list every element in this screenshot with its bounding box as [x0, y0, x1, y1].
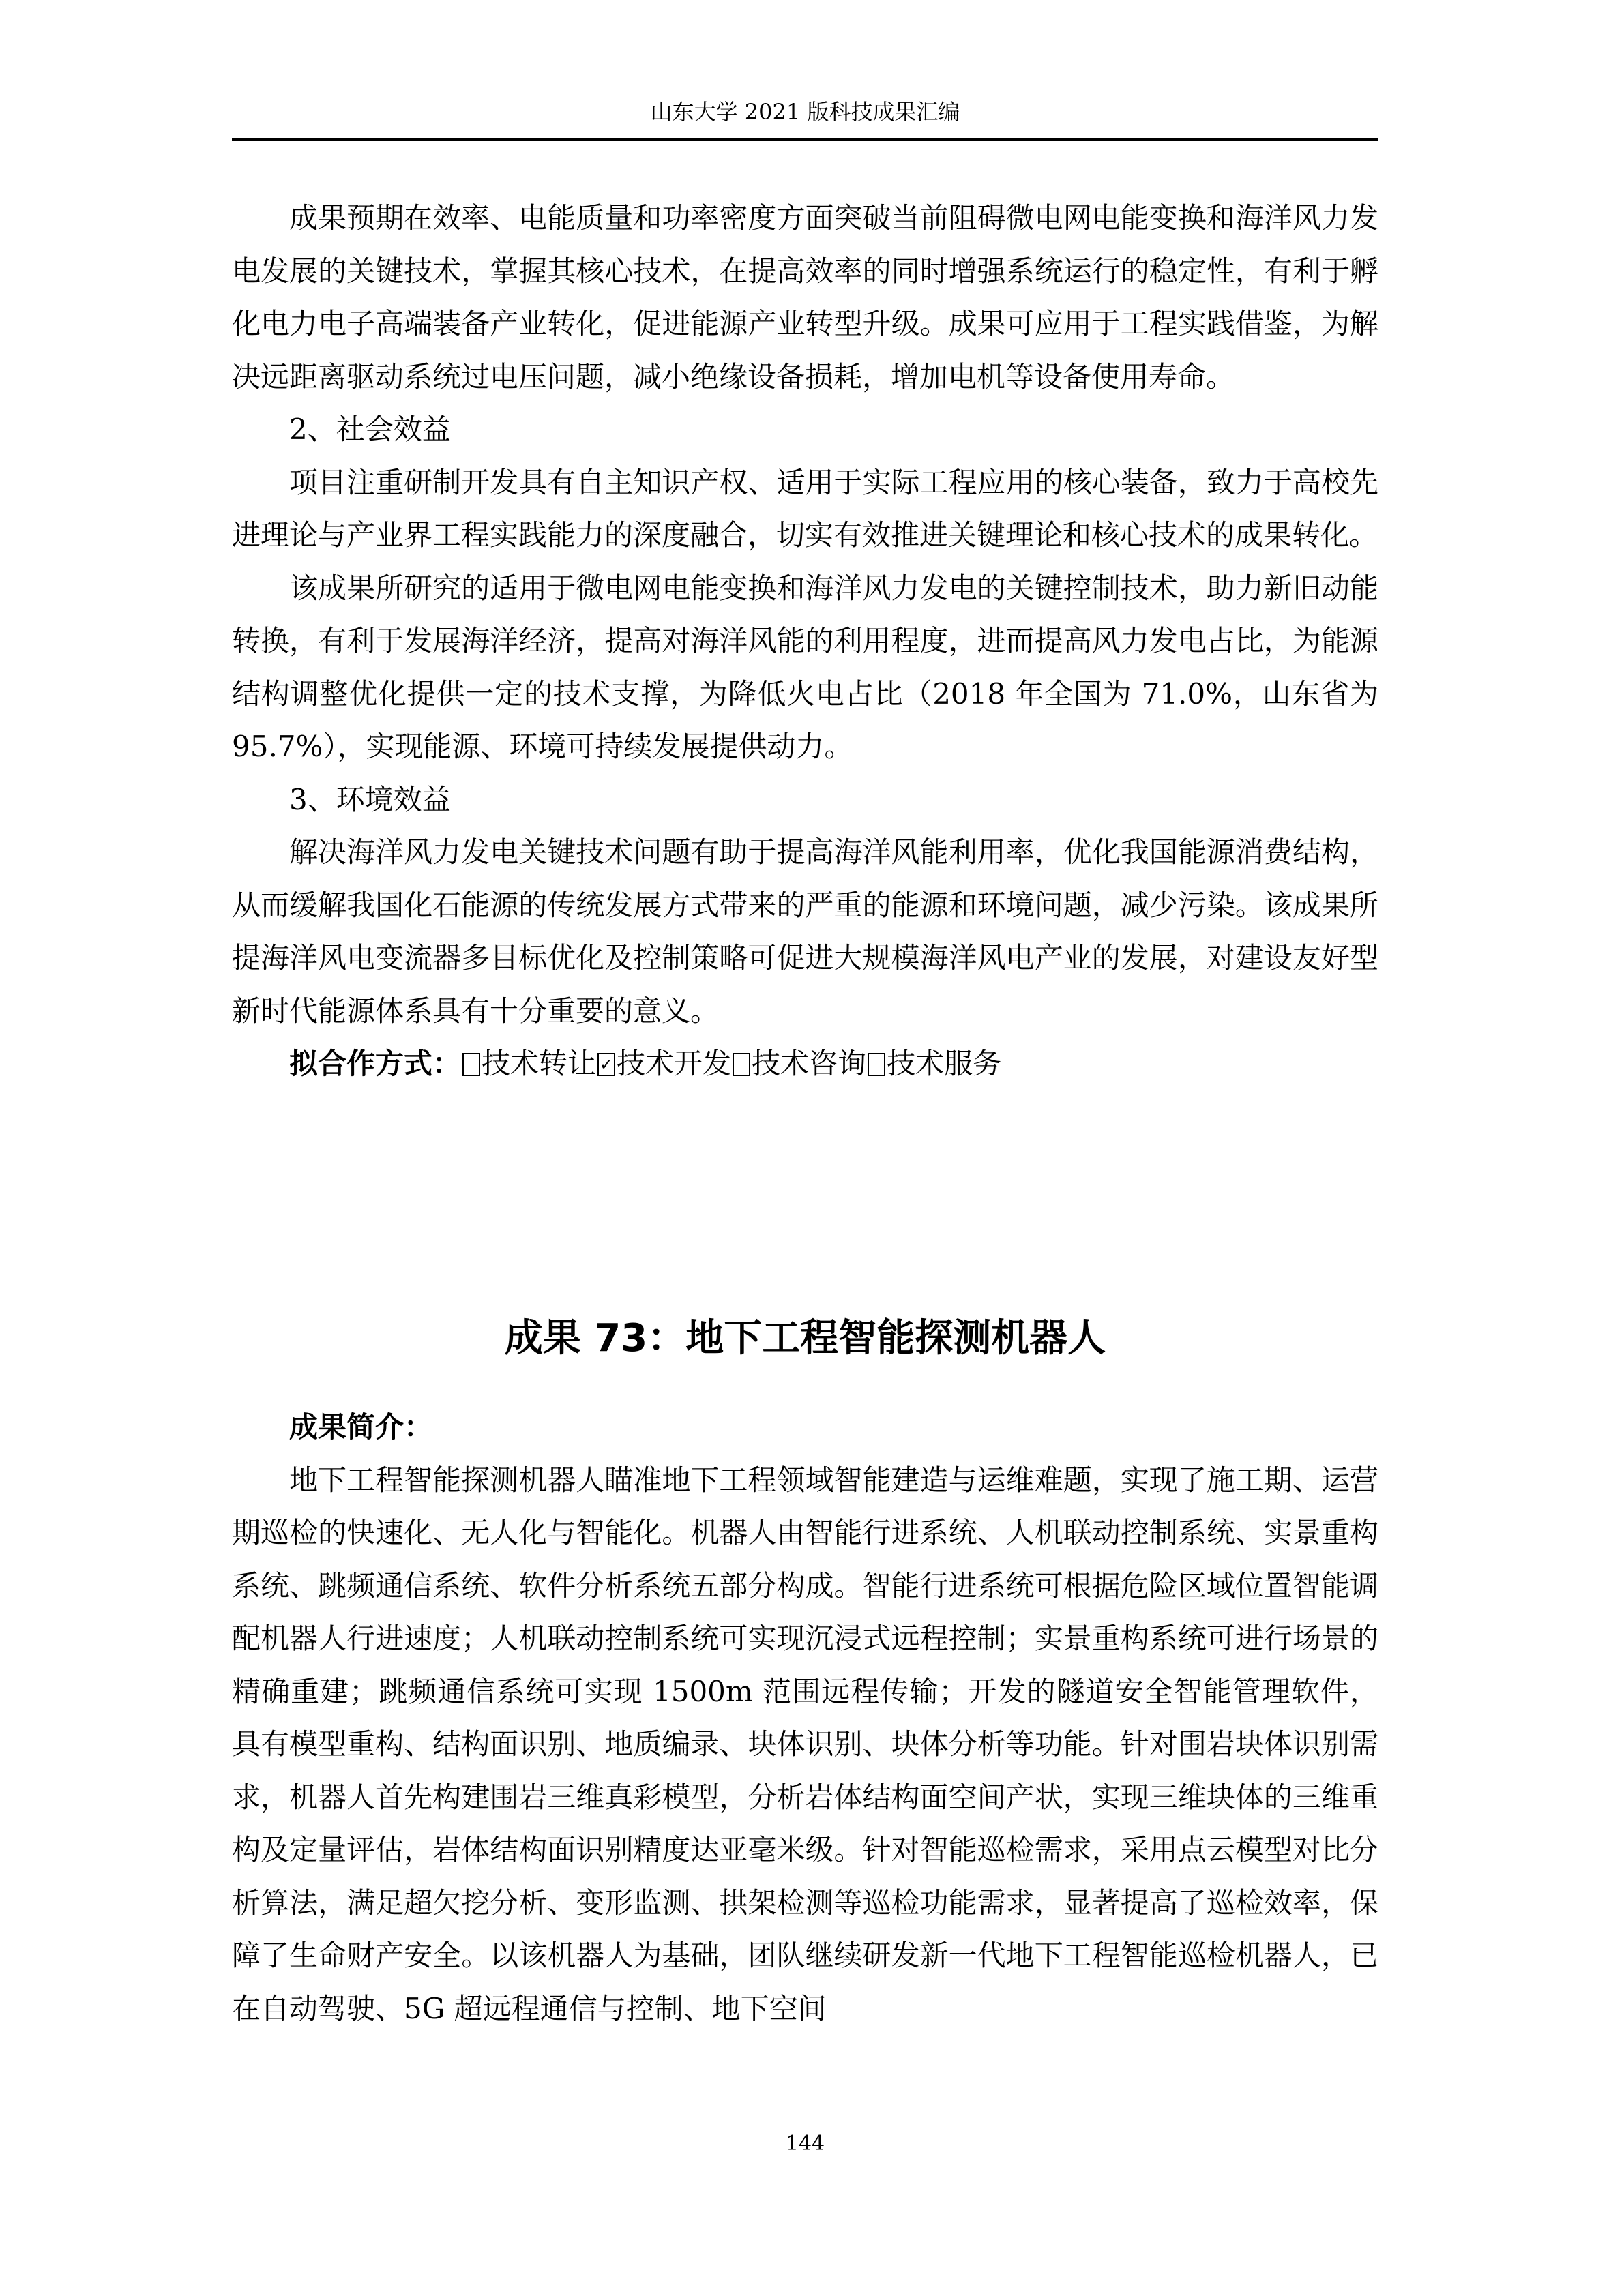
cooperation-label: 拟合作方式：: [289, 1047, 461, 1080]
paragraph-social-benefit-1: 项目注重研制开发具有自主知识产权、适用于实际工程应用的核心装备，致力于高校先进理…: [232, 456, 1378, 562]
paragraph-economic-benefit: 成果预期在效率、电能质量和功率密度方面突破当前阻碍微电网电能变换和海洋风力发电发…: [232, 192, 1378, 403]
heading-social-benefit: 2、社会效益: [232, 403, 1378, 456]
paragraph-social-benefit-2: 该成果所研究的适用于微电网电能变换和海洋风力发电的关键控制技术，助力新旧动能转换…: [232, 562, 1378, 773]
checkbox-tech-transfer-icon: [462, 1053, 480, 1076]
item-summary-section: 成果简介： 地下工程智能探测机器人瞄准地下工程领域智能建造与运维难题，实现了施工…: [232, 1401, 1378, 2035]
page-number: 144: [232, 2128, 1378, 2160]
header-rule: [232, 138, 1378, 141]
running-header: 山东大学 2021 版科技成果汇编: [232, 95, 1378, 128]
checkbox-tech-service-icon: [868, 1053, 885, 1076]
checkbox-tech-development-checked-icon: [597, 1053, 615, 1076]
option-tech-transfer: 技术转让: [482, 1047, 596, 1080]
summary-paragraph: 地下工程智能探测机器人瞄准地下工程领域智能建造与运维难题，实现了施工期、运营期巡…: [232, 1454, 1378, 2036]
upper-section: 成果预期在效率、电能质量和功率密度方面突破当前阻碍微电网电能变换和海洋风力发电发…: [232, 192, 1378, 1090]
option-tech-development: 技术开发: [617, 1047, 731, 1080]
summary-label: 成果简介：: [232, 1401, 1378, 1454]
item-title: 成果 73：地下工程智能探测机器人: [232, 1308, 1378, 1369]
cooperation-line: 拟合作方式：技术转让技术开发技术咨询技术服务: [232, 1037, 1378, 1090]
checkbox-tech-consulting-icon: [733, 1053, 750, 1076]
heading-environmental-benefit: 3、环境效益: [232, 773, 1378, 826]
option-tech-service: 技术服务: [887, 1047, 1001, 1080]
paragraph-environmental-benefit: 解决海洋风力发电关键技术问题有助于提高海洋风能利用率，优化我国能源消费结构，从而…: [232, 826, 1378, 1037]
option-tech-consulting: 技术咨询: [752, 1047, 866, 1080]
